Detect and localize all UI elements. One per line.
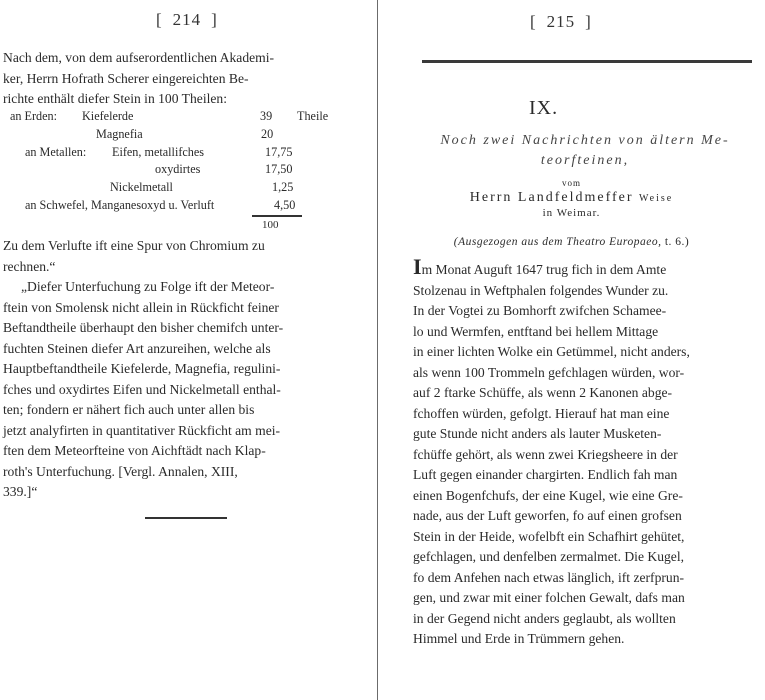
source-ref: t. 6.) [665,236,689,248]
article-body: Im Monat Auguft 1647 trug fich in dem Am… [413,260,752,650]
text-line: Im Monat Auguft 1647 trug fich in dem Am… [413,260,752,281]
row-category: an Schwefel, Manganesoxyd u. Verluft [25,197,214,215]
text-line: in der Gegend nicht anders geglaubt, als… [413,609,752,630]
text-line: auf 2 ftarke Schüffe, als wenn 2 Kanonen… [413,383,752,404]
table-row: an Erden: Kiefelerde 39 Theile [10,108,330,126]
author-place: in Weimar. [378,207,765,219]
text-line: als wenn 100 Trommeln gefchlagen würden,… [413,363,752,384]
text-line: einen Bogenfchufs, der eine Kugel, wie e… [413,486,752,507]
intro-paragraph: Nach dem, von dem aufserordentlichen Aka… [3,48,335,110]
row-item: Nickelmetall [110,179,173,197]
text-line: gute Stunde nicht anders als lauter Musk… [413,424,752,445]
author-name: Weise [639,193,673,204]
text-line: roth's Unterfuchung. [Vergl. Annalen, XI… [3,462,335,483]
page-number-left: [214] [146,10,228,30]
row-value: 20 [261,126,273,144]
row-item: Kiefelerde [82,108,133,126]
text-line: „Diefer Unterfuchung zu Folge ift der Me… [3,277,335,298]
text-line: Hauptbeftandtheile Kiefelerde, Magnefia,… [3,359,335,380]
drop-cap: I [413,254,422,279]
text-line: fchüffe gehört, als wenn zwei Kriegsheer… [413,445,752,466]
text-line: Beftandtheile überhaupt den bisher chemi… [3,318,335,339]
text-line: Himmel und Erde in Trümmern gehen. [413,629,752,650]
article-title: Noch zwei Nachrichten von ältern Me- teo… [416,131,754,171]
text-line: lo und Wermfen, entftand bei hellem Mitt… [413,322,752,343]
table-row: Magnefia 20 [10,126,330,144]
end-rule [145,517,227,519]
source-prefix: (Ausgezogen aus dem Theatro Europaeo, [454,236,662,248]
row-item: Eifen, metallifches [112,144,204,162]
section-number: IX. [529,97,558,120]
row-value: 39 [260,108,272,126]
text-line: ker, Herrn Hofrath Scherer eingereichten… [3,69,335,90]
text-line: nade, aus der Luft geworfen, fo auf eine… [413,506,752,527]
source-note: (Ausgezogen aus dem Theatro Europaeo, t.… [378,236,765,248]
text-line: fuchten Steinen diefer Art anzureihen, w… [3,339,335,360]
row-value: 17,75 [265,144,292,162]
author: Herrn Landfeldmeffer Weise [378,190,765,206]
row-item: Magnefia [96,126,143,144]
title-line: Noch zwei Nachrichten von ältern Me- [416,131,754,151]
text-line: Zu dem Verlufte ift eine Spur von Chromi… [3,236,335,257]
table-row: an Schwefel, Manganesoxyd u. Verluft 4,5… [10,197,330,215]
author-prefix: Herrn Landfeldmeffer [470,190,634,205]
page-number-right: [215] [520,12,602,32]
text-line: fches und oxydirtes Eifen und Nickelmeta… [3,380,335,401]
text-line: ften dem Meteorfteine von Aichftädt nach… [3,441,335,462]
row-value: 4,50 [274,197,295,215]
right-page: [215] IX. Noch zwei Nachrichten von älte… [378,0,765,700]
row-unit: Theile [297,108,328,126]
text-line: Stolzenau in Weftphalen folgendes Wunder… [413,281,752,302]
text-line: Stein in der Heide, wofelbft ein Schafhi… [413,527,752,548]
analysis-table: an Erden: Kiefelerde 39 Theile Magnefia … [10,108,330,215]
text-line: jetzt analyfirten in quantitativer Rückf… [3,421,335,442]
table-row: Nickelmetall 1,25 [10,179,330,197]
body-paragraphs: Zu dem Verlufte ift eine Spur von Chromi… [3,236,335,503]
sum-rule [252,215,302,217]
text-line: rechnen.“ [3,257,335,278]
row-item: oxydirtes [155,161,200,179]
text-line: fo dem Anfehen nach etwas länglich, ift … [413,568,752,589]
text-line: gen, und zwar mit einer folchen Gewalt, … [413,588,752,609]
text-line: In der Vogtei zu Bomhorft zwifchen Scham… [413,301,752,322]
row-value: 1,25 [272,179,293,197]
text-line: ten; fondern er nähert fich auch unter a… [3,400,335,421]
byline-vom: vom [378,178,765,188]
row-value: 17,50 [265,161,292,179]
title-line: teorfteinen, [416,151,754,171]
text-line: in einer lichten Wolke ein Getümmel, nic… [413,342,752,363]
left-page: [214] Nach dem, von dem aufserordentlich… [0,0,377,700]
text-line: fchoffen würden, gefolgt. Hierauf hat ma… [413,404,752,425]
text-line: Luft gegen einander chargirten. Endlich … [413,465,752,486]
text-line: ftein von Smolensk nicht allein in Rückf… [3,298,335,319]
table-row: an Metallen: Eifen, metallifches 17,75 [10,144,330,162]
text-line: Nach dem, von dem aufserordentlichen Aka… [3,48,335,69]
row-category: an Metallen: [25,144,86,162]
table-row: oxydirtes 17,50 [10,161,330,179]
text-line: richte enthält diefer Stein in 100 Theil… [3,89,335,110]
text-line: 339.]“ [3,482,335,503]
text-line: gefchlagen, und denfelben zermalmet. Die… [413,547,752,568]
line-text: m Monat Auguft 1647 trug fich in dem Amt… [422,262,667,277]
table-total: 100 [262,219,279,231]
row-category: an Erden: [10,108,57,126]
header-rule [422,60,752,63]
